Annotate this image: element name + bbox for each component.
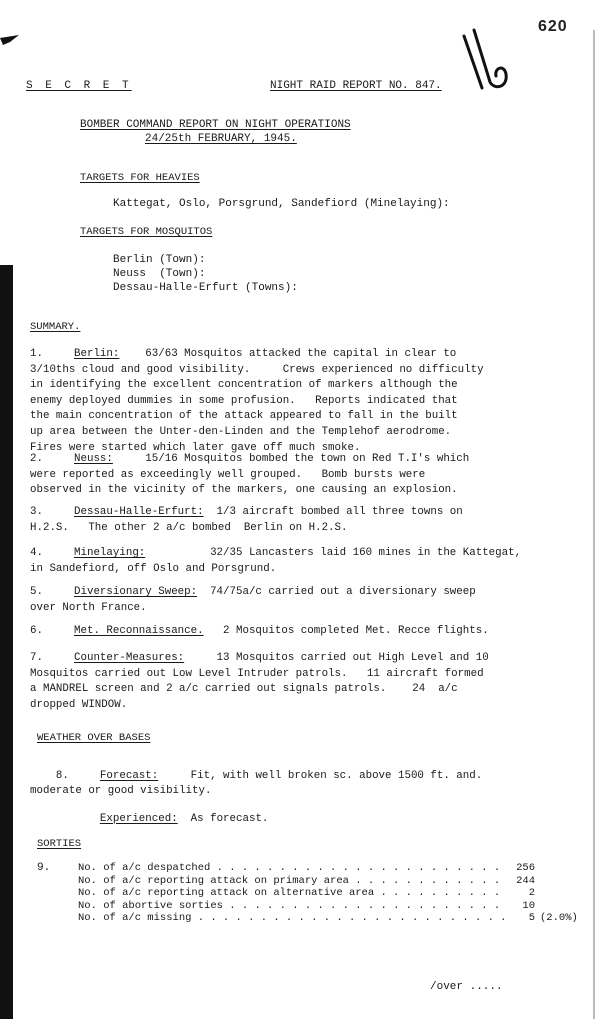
page-number: 620	[538, 18, 568, 36]
weather-heading: WEATHER OVER BASES	[37, 732, 150, 745]
paragraph-number: 7.	[30, 651, 74, 667]
dot-leader: . . . . . . . . . . . .	[349, 875, 507, 887]
summary-heading: SUMMARY.	[30, 321, 80, 334]
paragraph-line: 2 Mosquitos completed Met. Recce flights…	[204, 625, 489, 637]
sortie-label: No. of a/c reporting attack on alternati…	[78, 887, 374, 899]
summary-paragraph: 6.Met. Reconnaissance. 2 Mosquitos compl…	[30, 624, 489, 640]
dot-leader: . . . . . . . . . . . . . . . . . . . . …	[223, 900, 507, 912]
paragraph-line: in Sandefiord, off Oslo and Porsgrund.	[30, 563, 276, 575]
paragraph-number: 4.	[30, 546, 74, 562]
document-page: 620 S E C R E T NIGHT RAID REPORT NO. 84…	[0, 0, 595, 1019]
forecast-line: Fit, with well broken sc. above 1500 ft.…	[158, 770, 482, 782]
handwritten-mark-icon	[460, 22, 530, 92]
experienced-label: Experienced:	[100, 813, 178, 825]
sortie-percentage: (2.0%)	[540, 912, 578, 924]
summary-paragraph: 3.Dessau-Halle-Erfurt: 1/3 aircraft bomb…	[30, 505, 463, 536]
sortie-row: No. of a/c despatched . . . . . . . . . …	[78, 862, 506, 874]
paragraph-line: up area between the Unter-den-Linden and…	[30, 426, 451, 438]
paragraph-number: 6.	[30, 624, 74, 640]
paragraph-line: 13 Mosquitos carried out High Level and …	[184, 652, 489, 664]
paragraph-number: 9.	[37, 862, 50, 875]
sortie-value: 2	[509, 887, 535, 899]
sortie-row: No. of abortive sorties . . . . . . . . …	[78, 900, 506, 912]
paragraph-line: 1/3 aircraft bombed all three towns on	[204, 506, 463, 518]
sortie-row: No. of a/c reporting attack on primary a…	[78, 875, 506, 887]
sortie-value: 244	[509, 875, 535, 887]
sortie-value: 10	[509, 900, 535, 912]
sorties-heading: SORTIES	[37, 838, 81, 851]
classification-label: S E C R E T	[26, 80, 132, 93]
paragraph-number: 8.	[56, 769, 100, 785]
paragraph-label: Dessau-Halle-Erfurt:	[74, 506, 204, 518]
report-number: NIGHT RAID REPORT NO. 847.	[270, 80, 442, 93]
weather-experienced: Experienced: As forecast.	[74, 796, 268, 843]
report-title-line2: 24/25th FEBRUARY, 1945.	[145, 133, 297, 146]
sortie-label: No. of a/c despatched	[78, 862, 210, 874]
paragraph-number: 5.	[30, 585, 74, 601]
paragraph-line: 74/75a/c carried out a diversionary swee…	[197, 586, 476, 598]
summary-paragraph: 2.Neuss: 15/16 Mosquitos bombed the town…	[30, 452, 469, 499]
paragraph-line: 63/63 Mosquitos attacked the capital in …	[119, 348, 456, 360]
corner-mark-icon	[0, 34, 20, 46]
paragraph-label: Met. Reconnaissance.	[74, 625, 204, 637]
paragraph-number: 1.	[30, 347, 74, 363]
sortie-label: No. of a/c missing	[78, 912, 191, 924]
continued-marker: /over .....	[430, 981, 503, 993]
targets-mosquitos-item: Neuss (Town):	[113, 268, 205, 281]
paragraph-line: 3/10ths cloud and good visibility. Crews…	[30, 364, 484, 376]
sortie-row: No. of a/c missing . . . . . . . . . . .…	[78, 912, 513, 924]
targets-mosquitos-heading: TARGETS FOR MOSQUITOS	[80, 226, 212, 239]
paragraph-line: were reported as exceedingly well groupe…	[30, 469, 425, 481]
sortie-value: 256	[509, 862, 535, 874]
targets-heavies-item: Kattegat, Oslo, Porsgrund, Sandefiord (M…	[113, 198, 450, 211]
paragraph-line: a MANDREL screen and 2 a/c carried out s…	[30, 683, 458, 695]
experienced-text: As forecast.	[178, 813, 269, 825]
summary-paragraph: 5.Diversionary Sweep: 74/75a/c carried o…	[30, 585, 476, 616]
paragraph-label: Diversionary Sweep:	[74, 586, 197, 598]
paragraph-label: Counter-Measures:	[74, 652, 184, 664]
summary-paragraph: 7.Counter-Measures: 13 Mosquitos carried…	[30, 651, 489, 713]
forecast-label: Forecast:	[100, 770, 158, 782]
summary-paragraph: 1.Berlin: 63/63 Mosquitos attacked the c…	[30, 347, 484, 456]
paragraph-number: 3.	[30, 505, 74, 521]
paragraph-line: observed in the vicinity of the markers,…	[30, 484, 458, 496]
sortie-row: No. of a/c reporting attack on alternati…	[78, 887, 506, 899]
paragraph-line: Mosquitos carried out Low Level Intruder…	[30, 668, 484, 680]
paragraph-number: 2.	[30, 452, 74, 468]
paragraph-line: in identifying the excellent concentrati…	[30, 379, 458, 391]
sortie-label: No. of a/c reporting attack on primary a…	[78, 875, 349, 887]
summary-paragraph: 4.Minelaying: 32/35 Lancasters laid 160 …	[30, 546, 521, 577]
binding-edge	[0, 265, 13, 1019]
paragraph-line: 15/16 Mosquitos bombed the town on Red T…	[113, 453, 469, 465]
paragraph-line: over North France.	[30, 602, 147, 614]
dot-leader: . . . . . . . . . . . . . . . . . . . . …	[191, 912, 512, 924]
dot-leader: . . . . . . . . . .	[374, 887, 506, 899]
sortie-label: No. of abortive sorties	[78, 900, 223, 912]
paragraph-line: dropped WINDOW.	[30, 699, 127, 711]
paragraph-line: H.2.S. The other 2 a/c bombed Berlin on …	[30, 522, 347, 534]
paragraph-line: enemy deployed dummies in some profusion…	[30, 395, 458, 407]
paragraph-label: Berlin:	[74, 348, 119, 360]
report-title-line1: BOMBER COMMAND REPORT ON NIGHT OPERATION…	[80, 119, 351, 132]
paragraph-line: the main concentration of the attack app…	[30, 410, 458, 422]
paragraph-line: 32/35 Lancasters laid 160 mines in the K…	[145, 547, 521, 559]
paragraph-label: Minelaying:	[74, 547, 145, 559]
targets-mosquitos-item: Berlin (Town):	[113, 254, 205, 267]
sortie-value: 5	[509, 912, 535, 924]
targets-heavies-heading: TARGETS FOR HEAVIES	[80, 172, 200, 185]
paragraph-label: Neuss:	[74, 453, 113, 465]
targets-mosquitos-item: Dessau-Halle-Erfurt (Towns):	[113, 282, 298, 295]
dot-leader: . . . . . . . . . . . . . . . . . . . . …	[210, 862, 506, 874]
